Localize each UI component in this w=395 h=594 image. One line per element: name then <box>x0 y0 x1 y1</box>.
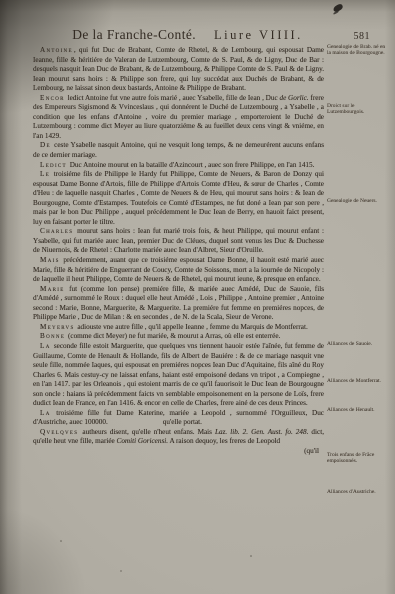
paragraph-la-seconde: La seconde fille estoit Marguerite, que … <box>33 342 324 409</box>
catchword: (qu'il <box>304 447 319 455</box>
paragraph-meyerus: Meyervs adiouste vne autre fille , qu'il… <box>33 323 324 333</box>
margin-note-trois-enfans: Trois enfans de Frãce empoisonnés. <box>327 452 389 465</box>
paragraph-text: A raison dequoy, les freres de Leopold <box>168 437 280 445</box>
margin-note-genealogie-brabant: Genealogie de Brab. né en la maison de B… <box>327 44 389 57</box>
paragraph-antoine: Antoine, qui fut Duc de Brabant, Comte d… <box>33 46 324 94</box>
margin-note-alliances-sauoie: Alliances de Sauoie. <box>327 341 389 347</box>
paragraph-text: autheurs disent, qu'elle n'heut enfans. … <box>79 428 215 436</box>
catchword-row: (qu'il <box>33 447 324 457</box>
margin-note-alliances-montferrat: Alliances de Montferrat. <box>327 378 389 384</box>
paragraph-lead: Bonne <box>40 332 65 340</box>
paragraph-lead: La <box>40 409 51 417</box>
paragraph-text: adiouste vne autre fille , qu'il appelle… <box>76 323 308 331</box>
paragraph-lead: Meyervs <box>40 323 75 331</box>
paragraph-lead: Charles <box>40 227 73 235</box>
paragraph-lead: Qvelqves <box>40 428 78 436</box>
paragraph-lead: Ledict <box>40 161 67 169</box>
paragraph-lead: Marie <box>40 285 65 293</box>
paragraph-lead: Encor <box>40 94 65 102</box>
paragraph-text: , qui fut Duc de Brabant, Comte de Rhete… <box>33 46 324 92</box>
paragraph-lead: De <box>40 141 51 149</box>
margin-note-droict-lutzembourgois: Droict sur le Lutzembourgois. <box>327 103 389 116</box>
text-block: Antoine, qui fut Duc de Brabant, Comte d… <box>33 46 324 457</box>
paragraph-mais: Mais précédemment, auant que ce troisiém… <box>33 256 324 285</box>
paragraph-text: précédemment, auant que ce troisiéme esp… <box>33 256 324 283</box>
paragraph-text: Duc Antoine mourut en la bataille d'Azin… <box>68 161 315 169</box>
margin-note-genealogie-neuers: Genealogie de Neuers. <box>327 198 389 204</box>
paragraph-text: fut (comme lon pense) premiére fille, & … <box>33 285 324 322</box>
paragraph-de-ceste: De ceste Ysabelle nasquit Antoine, qui n… <box>33 141 324 160</box>
paper-speck <box>60 540 62 542</box>
paragraph-text-italic: Comiti Goricensi. <box>117 437 169 445</box>
paragraph-text: qu'elle portat. <box>163 418 202 426</box>
book-number: Liure VIIII. <box>214 28 303 43</box>
paragraph-text-italic: Laz. lib. 2. Gen. Aust. fo. 248. <box>215 428 308 436</box>
paragraph-text: seconde fille estoit Marguerite, que que… <box>33 342 324 407</box>
margin-note-alliances-henault: Alliances de Henault. <box>327 407 389 413</box>
paragraph-quelques: Qvelqves autheurs disent, qu'elle n'heut… <box>33 428 324 447</box>
paper-speck <box>120 570 122 572</box>
paragraph-bonne: Bonne (comme dict Meyer) ne fut mariée, … <box>33 332 324 342</box>
margin-note-alliances-austriche: Alliances d'Austriche. <box>327 489 389 495</box>
paragraph-text: ledict Antoine fut vne autre fois marié … <box>66 94 280 102</box>
paragraph-le-troisieme: Le troisiéme fils de Philippe le Hardy f… <box>33 170 324 227</box>
paper-speck <box>250 555 252 557</box>
ink-blot <box>332 3 344 13</box>
paragraph-la-troisieme: La troisiéme fille fut Dame Katerine, ma… <box>33 409 324 428</box>
paragraph-ledict: Ledict Duc Antoine mourut en la bataille… <box>33 161 324 171</box>
running-header: De la Franche-Conté. Liure VIIII. <box>55 27 320 43</box>
paragraph-lead: Antoine <box>40 46 73 54</box>
paragraph-marie: Marie fut (comme lon pense) premiére fil… <box>33 285 324 323</box>
paragraph-text: troisiéme fils de Philippe le Hardy fut … <box>33 170 324 226</box>
paragraph-text-italic: de Gorlic. <box>279 94 308 102</box>
paragraph-charles: Charles mourut sans hoirs : Iean fut mar… <box>33 227 324 256</box>
paragraph-lead: Mais <box>40 256 60 264</box>
running-title: De la Franche-Conté. <box>72 27 196 43</box>
paragraph-encor: Encor ledict Antoine fut vne autre fois … <box>33 94 324 142</box>
paragraph-lead: La <box>40 342 51 350</box>
paragraph-text: (comme dict Meyer) ne fut mariée, & mour… <box>66 332 280 340</box>
paragraph-text: mourut sans hoirs : Iean fut marié trois… <box>33 227 324 254</box>
book-page: De la Franche-Conté. Liure VIIII. 581 An… <box>0 0 395 594</box>
page-number: 581 <box>354 31 371 42</box>
paragraph-text: ceste Ysabelle nasquit Antoine, qui ne v… <box>33 141 324 159</box>
paragraph-lead: Le <box>40 170 50 178</box>
